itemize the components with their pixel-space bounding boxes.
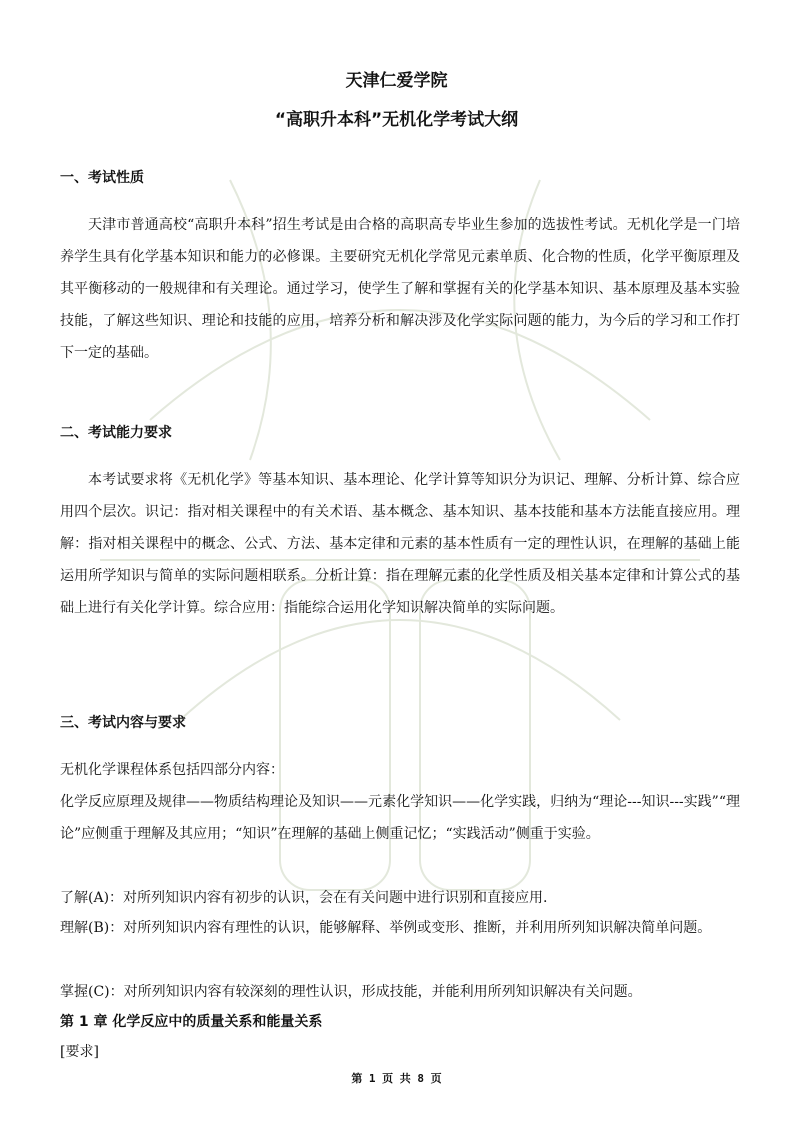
section-heading-ability-requirements: 二、考试能力要求 xyxy=(60,422,172,442)
document-title: “高职升本科”无机化学考试大纲 xyxy=(0,105,793,130)
content-structure: 化学反应原理及规律——物质结构理论及知识——元素化学知识——化学实践，归纳为“理… xyxy=(60,786,740,850)
level-a: 了解(A)：对所列知识内容有初步的认识，会在有关问题中进行识别和直接应用. xyxy=(60,882,740,914)
institution-title: 天津仁爱学院 xyxy=(0,66,793,91)
chapter-1-heading: 第 1 章 化学反应中的质量关系和能量关系 xyxy=(60,1006,740,1038)
content-intro: 无机化学课程体系包括四部分内容： xyxy=(60,754,740,786)
paragraph-ability-requirements: 本考试要求将《无机化学》等基本知识、基本理论、化学计算等知识分为识记、理解、分析… xyxy=(60,464,740,624)
paragraph-exam-nature: 天津市普通高校“高职升本科”招生考试是由合格的高职高专毕业生参加的选拔性考试。无… xyxy=(60,209,740,369)
level-b: 理解(B)：对所列知识内容有理性的认识，能够解释、举例或变形、推断，并利用所列知… xyxy=(60,912,740,944)
requirement-label: [要求] xyxy=(60,1036,740,1068)
section-heading-content-requirements: 三、考试内容与要求 xyxy=(60,712,186,732)
level-c: 掌握(C)：对所列知识内容有较深刻的理性认识，形成技能，并能利用所列知识解决有关… xyxy=(60,976,740,1008)
page-footer: 第 1 页 共 8 页 xyxy=(0,1070,793,1086)
section-heading-exam-nature: 一、考试性质 xyxy=(60,167,144,187)
